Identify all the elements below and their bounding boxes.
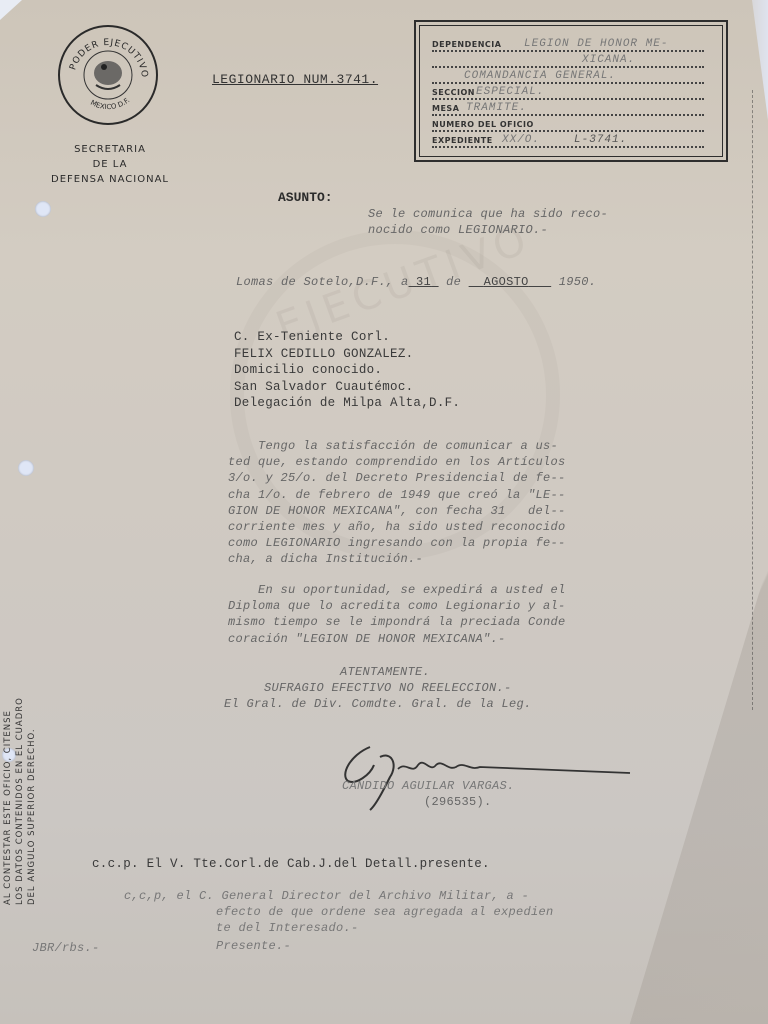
ccp-line-2d: Presente.- — [216, 938, 291, 954]
ref-seccion: SECCION ESPECIAL. — [432, 84, 704, 100]
recipient-address: C. Ex-Teniente Corl. FELIX CEDILLO GONZA… — [234, 329, 460, 412]
punch-hole-top — [35, 201, 51, 217]
ref-dependencia-3: COMANDANCIA GENERAL. — [432, 68, 704, 84]
legionario-number: LEGIONARIO NUM.3741. — [212, 72, 378, 87]
signatory-name: CANDIDO AGUILAR VARGAS. — [342, 778, 515, 794]
ref-dependencia: DEPENDENCIA LEGION DE HONOR ME- — [432, 36, 704, 52]
ccp-line-2a: c,c,p, el C. General Director del Archiv… — [124, 888, 529, 904]
reference-box: DEPENDENCIA LEGION DE HONOR ME- XICANA. … — [414, 20, 728, 162]
date-line: Lomas de Sotelo,D.F., a 31 de AGOSTO 195… — [236, 274, 596, 290]
body-paragraph-2: En su oportunidad, se expedirá a usted e… — [228, 582, 566, 647]
closing-atentamente: ATENTAMENTE. — [340, 664, 430, 680]
asunto-text: Se le comunica que ha sido reco- nocido … — [368, 206, 608, 238]
typist-initials: JBR/rbs.- — [32, 940, 100, 956]
ref-expediente: EXPEDIENTE XX/O. L-3741. — [432, 132, 704, 148]
ref-numero-oficio: NUMERO DEL OFICIO — [432, 116, 704, 132]
ministry-name: SECRETARIA DE LA DEFENSA NACIONAL — [40, 142, 180, 187]
ministry-line-3: DEFENSA NACIONAL — [40, 172, 180, 187]
body-paragraph-1: Tengo la satisfacción de comunicar a us-… — [228, 438, 566, 568]
ministry-line-2: DE LA — [40, 157, 180, 172]
ministry-line-1: SECRETARIA — [40, 142, 180, 157]
page-corner-fold — [0, 0, 22, 20]
closing-motto: SUFRAGIO EFECTIVO NO REELECCION.- — [264, 680, 512, 696]
federal-seal-icon: PODER EJECUTIVO FEDERAL MEXICO D.F. — [58, 25, 158, 125]
page-edge — [728, 0, 768, 120]
signatory-id: (296535). — [424, 794, 492, 810]
fold-line — [752, 90, 753, 710]
side-instruction-note: AL CONTESTAR ESTE OFICIO, CITENSE LOS DA… — [2, 625, 38, 905]
asunto-label: ASUNTO: — [278, 190, 333, 205]
ccp-line-2c: te del Interesado.- — [216, 920, 359, 936]
closing-title: El Gral. de Div. Comdte. Gral. de la Leg… — [224, 696, 532, 712]
ccp-line-2b: efecto de que ordene sea agregada al exp… — [216, 904, 554, 920]
ccp-line-1: c.c.p. El V. Tte.Corl.de Cab.J.del Detal… — [92, 856, 490, 873]
document-page: EJECUTIVO PODER EJECUTIVO FEDERAL MEXICO… — [0, 0, 768, 1024]
ref-dependencia-2: XICANA. — [432, 52, 704, 68]
punch-hole-middle — [18, 460, 34, 476]
ref-mesa: MESA TRAMITE. — [432, 100, 704, 116]
